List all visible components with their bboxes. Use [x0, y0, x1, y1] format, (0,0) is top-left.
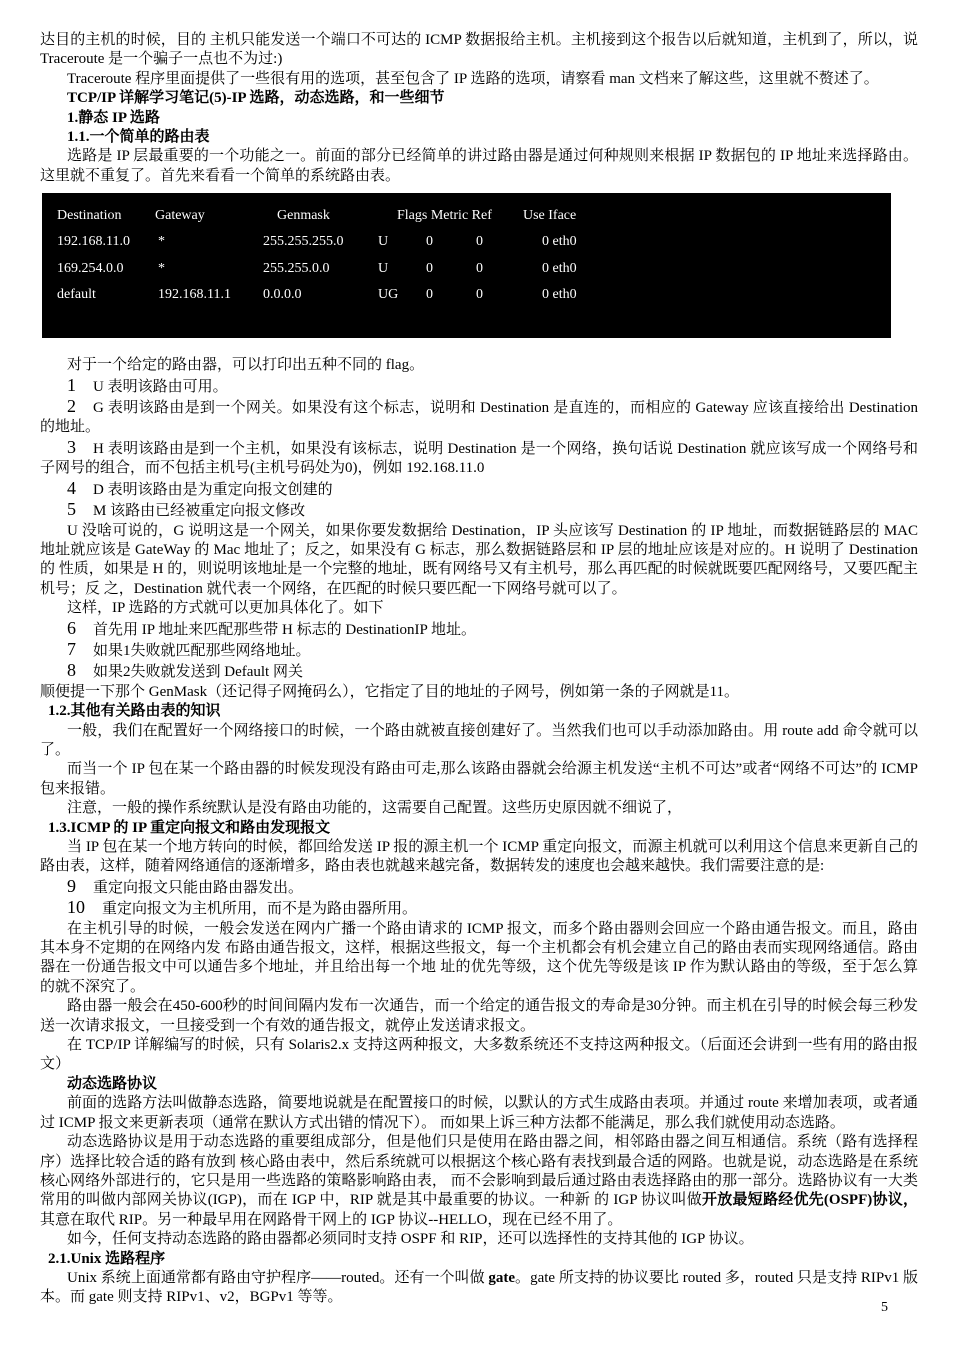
col-genmask: Genmask: [277, 206, 330, 225]
paragraph-route-add: 一般，我们在配置好一个网络接口的时候，一个路由就被直接创建好了。当然我们也可以手…: [40, 722, 918, 761]
list-item-flag-u: 1U 表明该路由可用。: [40, 376, 918, 397]
list-item-text: G 表明该路由是到一个网关。如果没有这个标志，说明和 Destination 是…: [40, 400, 918, 435]
col-use-iface: Use Iface: [523, 206, 576, 225]
cell-use-iface: 0 eth0: [542, 285, 577, 304]
cell-ref: 0: [476, 285, 483, 304]
cell-gateway: *: [158, 232, 165, 251]
heading-dynamic-routing: 动态选路协议: [40, 1075, 918, 1094]
cell-genmask: 0.0.0.0: [263, 285, 302, 304]
paragraph-flags-intro: 对于一个给定的路由器，可以打印出五种不同的 flag。: [40, 356, 918, 375]
paragraph-flag-explain: U 没啥可说的，G 说明这是一个网关，如果你要发数据给 Destination，…: [40, 522, 918, 600]
list-item-number: 7: [67, 639, 76, 659]
list-item-text: H 表明该路由是到一个主机，如果没有该标志，说明 Destination 是一个…: [40, 441, 918, 476]
list-item-number: 9: [67, 876, 76, 896]
cell-use-iface: 0 eth0: [542, 232, 577, 251]
list-item-number: 8: [67, 660, 76, 680]
list-item-text: D 表明该路由是为重定向报文创建的: [93, 482, 333, 498]
heading-other-knowledge: 1.2.其他有关路由表的知识: [40, 702, 918, 721]
cell-metric: 0: [426, 259, 433, 278]
cell-flags: U: [378, 232, 388, 251]
list-item-redirect-router: 9重定向报文只能由路由器发出。: [40, 877, 918, 898]
paragraph-genmask: 顺便提一下那个 GenMask（还记得子网掩码么），它指定了目的地址的子网号，例…: [40, 683, 918, 702]
list-item-number: 4: [67, 478, 76, 498]
igp-text-post: 其意在取代 RIP。另一种最早用在网路骨干网上的 IGP 协议--HELLO，现…: [40, 1212, 622, 1228]
list-item-flag-g: 2G 表明该路由是到一个网关。如果没有这个标志，说明和 Destination …: [40, 397, 918, 438]
cell-genmask: 255.255.255.0: [263, 232, 344, 251]
gate-bold-text: gate: [488, 1270, 515, 1286]
heading-unix-routing: 2.1.Unix 选路程序: [40, 1250, 918, 1269]
cell-genmask: 255.255.0.0: [263, 259, 330, 278]
list-item-number: 2: [67, 396, 76, 416]
cell-destination: 169.254.0.0: [57, 259, 124, 278]
routing-table-output: Destination Gateway Genmask Flags Metric…: [42, 193, 891, 338]
list-item-number: 5: [67, 499, 76, 519]
list-item-text: 如果1失败就匹配那些网络地址。: [93, 643, 311, 659]
col-destination: Destination: [57, 206, 122, 225]
heading-icmp-redirect: 1.3.ICMP 的 IP 重定向报文和路由发现报文: [40, 819, 918, 838]
cell-destination: 192.168.11.0: [57, 232, 130, 251]
list-item-flag-h: 3H 表明该路由是到一个主机，如果没有该标志，说明 Destination 是一…: [40, 438, 918, 479]
heading-main-title: TCP/IP 详解学习笔记(5)-IP 选路，动态选路，和一些细节: [40, 89, 918, 108]
paragraph-interval: 路由器一般会在450-600秒的时间间隔内发布一次通告，而一个给定的通告报文的寿…: [40, 997, 918, 1036]
list-item-redirect-host: 10重定向报文为主机所用，而不是为路由器所用。: [40, 898, 918, 919]
paragraph-igp: 动态选路协议是用于动态选路的重要组成部分，但是他们只是使用在路由器之间，相邻路由…: [40, 1133, 918, 1230]
list-item-match-net: 7如果1失败就匹配那些网络地址。: [40, 640, 918, 661]
cell-ref: 0: [476, 232, 483, 251]
list-item-match-default: 8如果2失败就发送到 Default 网关: [40, 661, 918, 682]
list-item-flag-d: 4D 表明该路由是为重定向报文创建的: [40, 479, 918, 500]
paragraph-solaris: 在 TCP/IP 详解编写的时候，只有 Solaris2.x 支持这两种报文，大…: [40, 1036, 918, 1075]
paragraph-ospf-rip: 如今，任何支持动态选路的路由器都必须同时支持 OSPF 和 RIP，还可以选择性…: [40, 1230, 918, 1249]
paragraph-intro: 达目的主机的时候，目的 主机只能发送一个端口不可达的 ICMP 数据报给主机。主…: [40, 31, 918, 70]
table-row: default 192.168.11.1 0.0.0.0 UG 0 0 0 et…: [42, 285, 891, 305]
cell-ref: 0: [476, 259, 483, 278]
cell-gateway: 192.168.11.1: [158, 285, 231, 304]
table-row: 192.168.11.0 * 255.255.255.0 U 0 0 0 eth…: [42, 232, 891, 252]
cell-metric: 0: [426, 285, 433, 304]
paragraph-concrete: 这样，IP 选路的方式就可以更加具体化了。如下: [40, 599, 918, 618]
cell-destination: default: [57, 285, 96, 304]
list-item-text: 如果2失败就发送到 Default 网关: [93, 664, 303, 680]
list-item-number: 3: [67, 437, 76, 457]
list-item-match-h: 6首先用 IP 地址来匹配那些带 H 标志的 DestinationIP 地址。: [40, 619, 918, 640]
table-header-row: Destination Gateway Genmask Flags Metric…: [42, 206, 891, 226]
document-body: 达目的主机的时候，目的 主机只能发送一个端口不可达的 ICMP 数据报给主机。主…: [40, 31, 918, 1308]
col-gateway: Gateway: [155, 206, 205, 225]
cell-use-iface: 0 eth0: [542, 259, 577, 278]
unix-text-pre: Unix 系统上面通常都有路由守护程序——routed。还有一个叫做: [67, 1270, 488, 1286]
list-item-text: M 该路由已经被重定向报文修改: [93, 503, 305, 519]
list-item-number: 10: [67, 897, 85, 917]
cell-gateway: *: [158, 259, 165, 278]
list-item-number: 1: [67, 375, 76, 395]
paragraph-boot: 在主机引导的时候，一般会发送在网内广播一个路由请求的 ICMP 报文，而多个路由…: [40, 920, 918, 998]
paragraph-note: 注意，一般的操作系统默认是没有路由功能的，这需要自己配置。这些历史原因就不细说了…: [40, 799, 918, 818]
list-item-number: 6: [67, 618, 76, 638]
paragraph-static-methods: 前面的选路方法叫做静态选路，简要地说就是在配置接口的时候，以默认的方式生成路由表…: [40, 1094, 918, 1133]
col-flags-metric-ref: Flags Metric Ref: [397, 206, 492, 225]
list-item-text: 重定向报文只能由路由器发出。: [93, 880, 303, 896]
list-item-flag-m: 5M 该路由已经被重定向报文修改: [40, 500, 918, 521]
paragraph-traceroute: Traceroute 程序里面提供了一些很有用的选项，甚至包含了 IP 选路的选…: [40, 70, 918, 89]
heading-static-ip-routing: 1.静态 IP 选路: [40, 109, 918, 128]
paragraph-unix: Unix 系统上面通常都有路由守护程序——routed。还有一个叫做 gate。…: [40, 1269, 918, 1308]
paragraph-redirect: 当 IP 包在某一个地方转向的时候，都回给发送 IP 报的源主机一个 ICMP …: [40, 838, 918, 877]
heading-simple-routing-table: 1.1.一个简单的路由表: [40, 128, 918, 147]
cell-flags: U: [378, 259, 388, 278]
list-item-text: 首先用 IP 地址来匹配那些带 H 标志的 DestinationIP 地址。: [93, 622, 476, 638]
cell-metric: 0: [426, 232, 433, 251]
list-item-text: 重定向报文为主机所用，而不是为路由器所用。: [102, 901, 417, 917]
table-row: 169.254.0.0 * 255.255.0.0 U 0 0 0 eth0: [42, 259, 891, 279]
cell-flags: UG: [378, 285, 398, 304]
ospf-bold-text: 开放最短路经优先(OSPF)协议，: [702, 1192, 918, 1208]
list-item-text: U 表明该路由可用。: [93, 379, 228, 395]
paragraph-unreachable: 而当一个 IP 包在某一个路由器的时候发现没有路由可走,那么该路由器就会给源主机…: [40, 760, 918, 799]
paragraph-routing-intro: 选路是 IP 层最重要的一个功能之一。前面的部分已经简单的讲过路由器是通过何种规…: [40, 147, 918, 186]
document-page: 达目的主机的时候，目的 主机只能发送一个端口不可达的 ICMP 数据报给主机。主…: [0, 0, 959, 1356]
page-number: 5: [881, 1300, 888, 1316]
